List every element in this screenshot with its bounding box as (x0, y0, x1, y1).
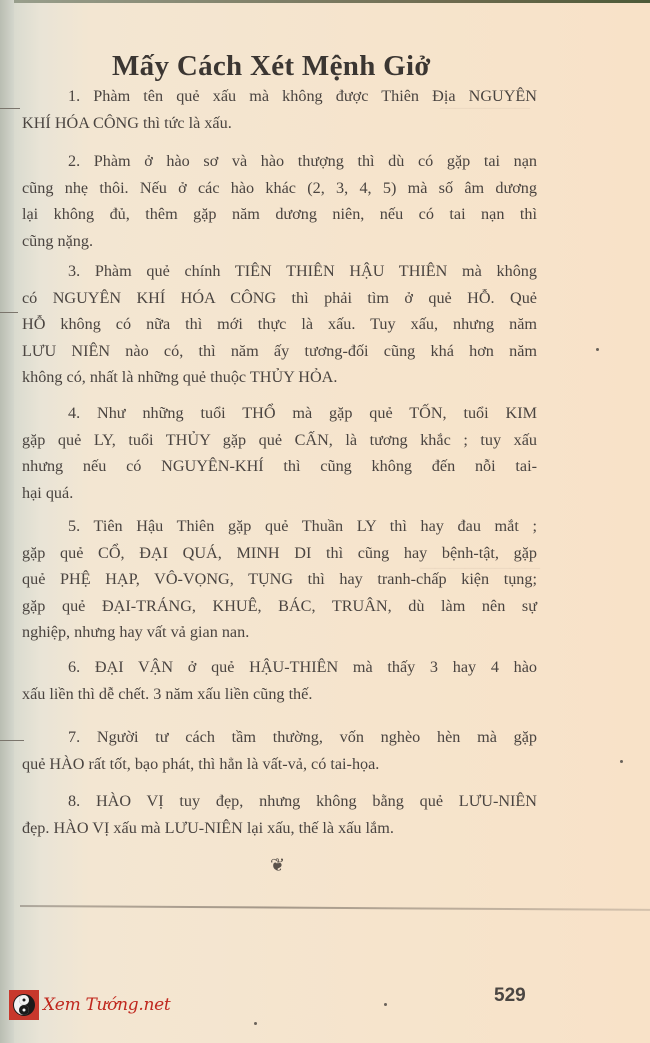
text-line: 6. ĐẠI VẬN ở quẻ HẬU-THIÊN mà thấy 3 hay… (22, 654, 537, 681)
page-number: 529 (494, 985, 526, 1007)
paragraph-2: 2. Phàm ở hào sơ và hào thượng thì dù có… (22, 148, 537, 254)
text-line: 1. Phàm tên quẻ xấu mà không được Thiên … (22, 83, 537, 110)
yin-yang-icon (9, 990, 39, 1020)
text-line: 2. Phàm ở hào sơ và hào thượng thì dù có… (22, 148, 537, 175)
paragraph-7: 7. Người tư cách tầm thường, vốn nghèo h… (22, 724, 537, 777)
paragraph-6: 6. ĐẠI VẬN ở quẻ HẬU-THIÊN mà thấy 3 hay… (22, 654, 537, 707)
text-line: đẹp. HÀO VỊ xấu mà LƯU-NIÊN lại xấu, thế… (22, 815, 537, 842)
speck (254, 1022, 257, 1025)
text-line: xấu liền thì dễ chết. 3 năm xấu liền cũn… (22, 681, 537, 708)
speck (384, 1003, 387, 1006)
book-page: —————— ———————— Mấy Cách Xét Mệnh Giở 1.… (0, 0, 650, 1043)
text-line: quẻ HÀO rất tốt, bạo phát, thì hẳn là vấ… (22, 751, 537, 778)
paragraph-8: 8. HÀO VỊ tuy đẹp, nhưng không bằng quẻ … (22, 788, 537, 841)
text-line: 5. Tiên Hậu Thiên gặp quẻ Thuần LY thì h… (22, 513, 537, 540)
paragraph-1: 1. Phàm tên quẻ xấu mà không được Thiên … (22, 83, 537, 136)
speck (620, 760, 623, 763)
ornament-icon: ❦ (270, 855, 285, 876)
paragraph-4: 4. Như những tuổi THỔ mà gặp quẻ TỐN, tu… (22, 400, 537, 506)
text-line: HỖ không có nữa thì mới thực là xấu. Tuy… (22, 311, 537, 338)
paragraph-3: 3. Phàm quẻ chính TIÊN THIÊN HẬU THIÊN m… (22, 258, 537, 391)
text-line: KHÍ HÓA CÔNG thì tức là xấu. (22, 110, 537, 137)
paper-fold-line (20, 905, 650, 911)
text-line: gặp quẻ ĐẠI-TRÁNG, KHUÊ, BÁC, TRUÂN, dù … (22, 593, 537, 620)
text-line: không có, nhất là những quẻ thuộc THỦY H… (22, 364, 537, 391)
text-line: cũng nhẹ thôi. Nếu ở các hào khác (2, 3,… (22, 175, 537, 202)
text-line: cũng nặng. (22, 228, 537, 255)
page-title: Mấy Cách Xét Mệnh Giở (112, 50, 431, 83)
text-line: nghiệp, nhưng hay vất vả gian nan. (22, 619, 537, 646)
watermark-logo: Xem Tướng.net (9, 990, 170, 1020)
text-line: 3. Phàm quẻ chính TIÊN THIÊN HẬU THIÊN m… (22, 258, 537, 285)
watermark-text: Xem Tướng.net (43, 995, 170, 1015)
text-line: hại quá. (22, 480, 537, 507)
text-line: LƯU NIÊN nào có, thì năm ấy tương-đối cũ… (22, 338, 537, 365)
text-line: lại không đủ, thêm gặp năm dương niên, n… (22, 201, 537, 228)
text-line: quẻ PHỆ HẠP, VÔ-VỌNG, TỤNG thì hay tranh… (22, 566, 537, 593)
text-line: gặp quẻ LY, tuổi THỦY gặp quẻ CẤN, là tư… (22, 427, 537, 454)
text-line: 8. HÀO VỊ tuy đẹp, nhưng không bằng quẻ … (22, 788, 537, 815)
paragraph-5: 5. Tiên Hậu Thiên gặp quẻ Thuần LY thì h… (22, 513, 537, 646)
text-line: có NGUYÊN KHÍ HÓA CÔNG thì phải tìm ở qu… (22, 285, 537, 312)
speck (596, 348, 599, 351)
text-line: nhưng nếu có NGUYÊN-KHÍ thì cũng không đ… (22, 453, 537, 480)
text-line: 4. Như những tuổi THỔ mà gặp quẻ TỐN, tu… (22, 400, 537, 427)
text-line: 7. Người tư cách tầm thường, vốn nghèo h… (22, 724, 537, 751)
text-line: gặp quẻ CỔ, ĐẠI QUÁ, MINH DI thì cũng ha… (22, 540, 537, 567)
